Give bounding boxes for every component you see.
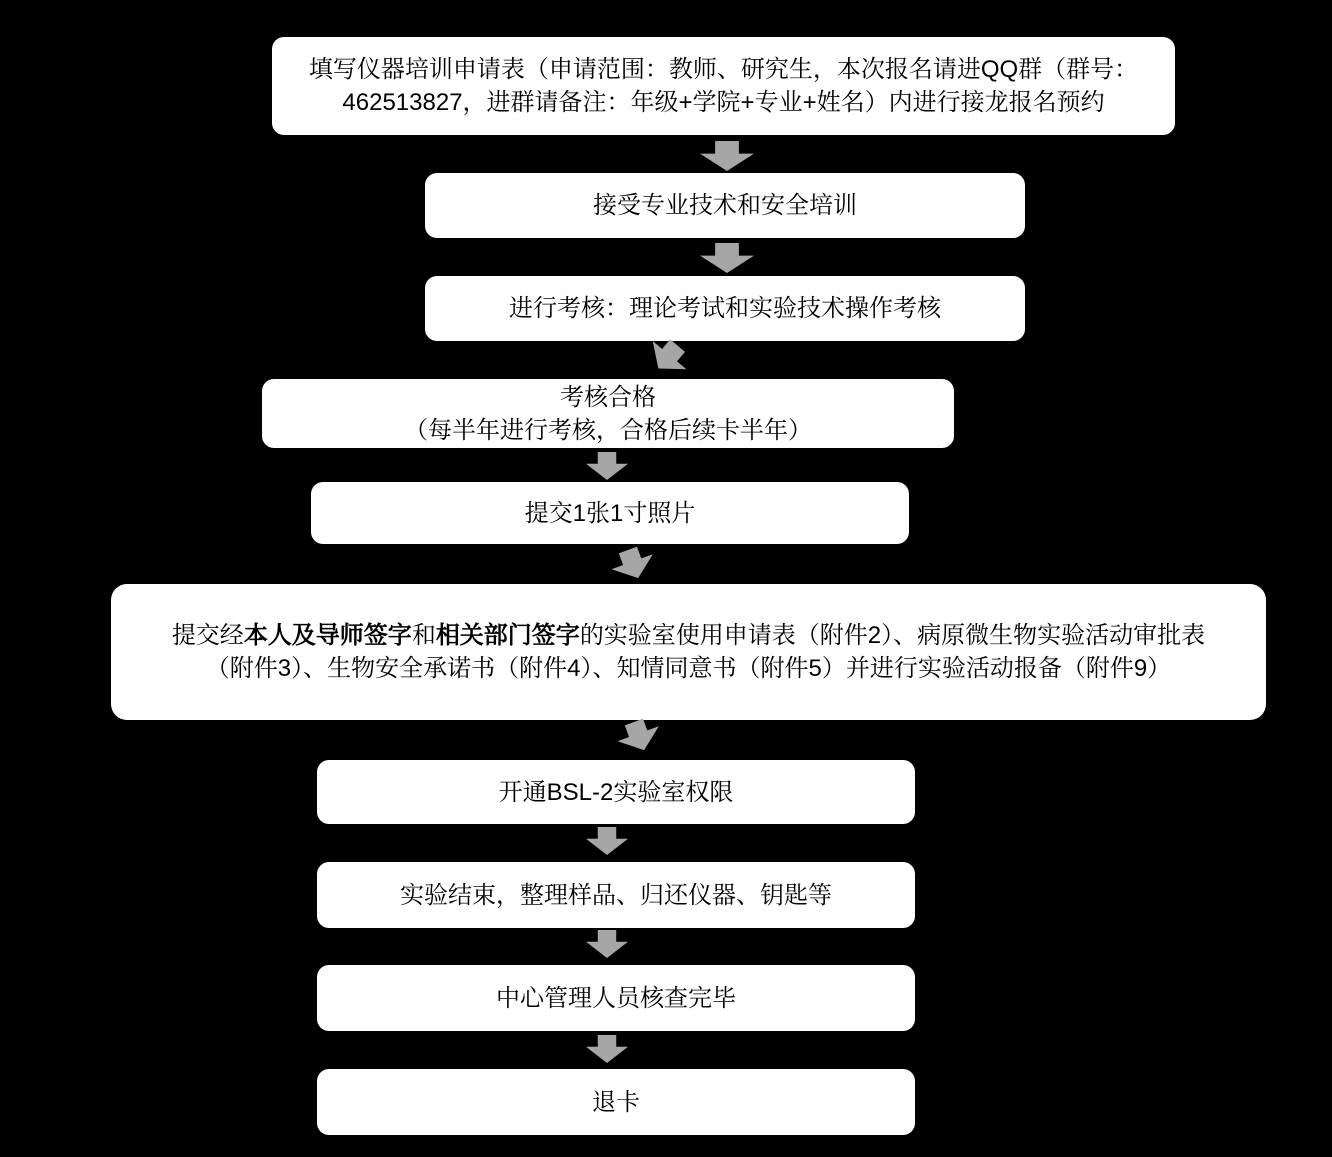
- flow-step-receive-training: 接受专业技术和安全培训: [425, 173, 1025, 238]
- step-text-line: 462513827，进群请备注：年级+学院+专业+姓名）内进行接龙报名预约: [342, 86, 1104, 119]
- step-text-line: 实验结束，整理样品、归还仪器、钥匙等: [400, 879, 832, 912]
- step-text-line: 接受专业技术和安全培训: [593, 189, 857, 222]
- flow-step-finish-experiment: 实验结束，整理样品、归还仪器、钥匙等: [317, 862, 915, 928]
- step-text-line: （附件3）、生物安全承诺书（附件4）、知情同意书（附件5）并进行实验活动报备（附…: [206, 652, 1171, 685]
- step-text-line: 考核合格: [560, 381, 656, 414]
- step-text-line: （每半年进行考核，合格后续卡半年）: [404, 414, 812, 447]
- flow-step-submit-photo: 提交1张1寸照片: [311, 482, 909, 544]
- down-arrow-icon-9-10: [586, 1035, 628, 1063]
- flowchart-canvas: 填写仪器培训申请表（申请范围：教师、研究生，本次报名请进QQ群（群号： 4625…: [0, 0, 1332, 1157]
- step-text-line: 提交1张1寸照片: [525, 497, 696, 530]
- step-text-line: 提交经本人及导师签字和相关部门签字的实验室使用申请表（附件2）、病原微生物实验活…: [172, 619, 1205, 652]
- flow-step-pass-assessment: 考核合格 （每半年进行考核，合格后续卡半年）: [262, 379, 954, 448]
- down-arrow-icon-1-2: [700, 141, 754, 171]
- flow-step-admin-check-complete: 中心管理人员核查完毕: [317, 965, 915, 1031]
- down-arrow-icon-2-3: [700, 243, 754, 273]
- step-text-line: 中心管理人员核查完毕: [496, 982, 736, 1015]
- flow-step-open-bsl2-access: 开通BSL-2实验室权限: [317, 760, 915, 824]
- flow-step-take-assessment: 进行考核：理论考试和实验技术操作考核: [425, 276, 1025, 341]
- step-text-line: 退卡: [592, 1086, 640, 1119]
- flow-step-return-card: 退卡: [317, 1069, 915, 1135]
- tilted-down-arrow-icon-6-7: [613, 714, 665, 757]
- flow-step-submit-signed-forms: 提交经本人及导师签字和相关部门签字的实验室使用申请表（附件2）、病原微生物实验活…: [111, 584, 1266, 720]
- step-text-line: 填写仪器培训申请表（申请范围：教师、研究生，本次报名请进QQ群（群号：: [309, 53, 1138, 86]
- down-arrow-icon-7-8: [586, 827, 628, 855]
- down-arrow-icon-8-9: [586, 930, 628, 958]
- flow-step-fill-application-form: 填写仪器培训申请表（申请范围：教师、研究生，本次报名请进QQ群（群号： 4625…: [272, 37, 1175, 135]
- tilted-down-arrow-icon-5-6: [607, 542, 659, 585]
- step-text-line: 进行考核：理论考试和实验技术操作考核: [509, 292, 941, 325]
- step-text-line: 开通BSL-2实验室权限: [499, 776, 734, 809]
- down-arrow-icon-4-5: [586, 452, 628, 480]
